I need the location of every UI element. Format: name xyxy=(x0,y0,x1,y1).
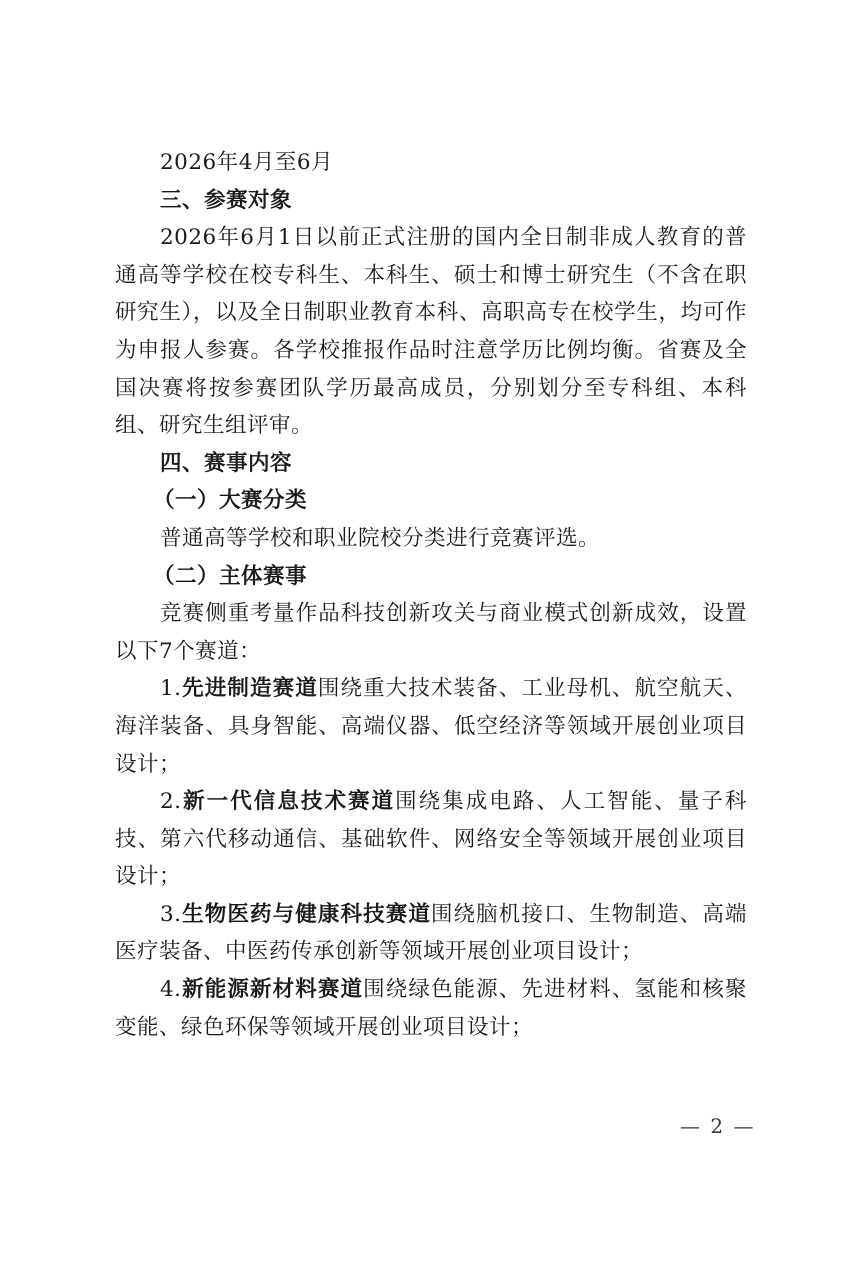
date-line: 2026年4月至6月 xyxy=(115,144,747,182)
track-3-name: 生物医药与健康科技赛道 xyxy=(182,902,431,927)
subsection-1-body: 普通高等学校和职业院校分类进行竞赛评选。 xyxy=(115,520,747,558)
section-3-heading: 三、参赛对象 xyxy=(115,182,747,220)
track-3: 3.生物医药与健康科技赛道围绕脑机接口、生物制造、高端医疗装备、中医药传承创新等… xyxy=(115,896,747,971)
page-number: — 2 — xyxy=(680,1114,755,1138)
track-1-name: 先进制造赛道 xyxy=(182,676,318,701)
section-3-body: 2026年6月1日以前正式注册的国内全日制非成人教育的普通高等学校在校专科生、本… xyxy=(115,219,747,445)
track-4: 4.新能源新材料赛道围绕绿色能源、先进材料、氢能和核聚变能、绿色环保等领域开展创… xyxy=(115,971,747,1046)
track-1-number: 1. xyxy=(160,676,182,701)
track-3-number: 3. xyxy=(160,902,182,927)
track-4-name: 新能源新材料赛道 xyxy=(182,977,364,1002)
track-1: 1.先进制造赛道围绕重大技术装备、工业母机、航空航天、海洋装备、具身智能、高端仪… xyxy=(115,670,747,783)
track-4-number: 4. xyxy=(160,977,182,1002)
track-2-number: 2. xyxy=(160,789,182,814)
subsection-2-body: 竞赛侧重考量作品科技创新攻关与商业模式创新成效，设置以下7个赛道： xyxy=(115,595,747,670)
track-2-name: 新一代信息技术赛道 xyxy=(182,789,396,814)
document-page: 2026年4月至6月 三、参赛对象 2026年6月1日以前正式注册的国内全日制非… xyxy=(115,144,747,1046)
section-4-heading: 四、赛事内容 xyxy=(115,445,747,483)
subsection-2-heading: （二）主体赛事 xyxy=(115,558,747,596)
subsection-1-heading: （一）大赛分类 xyxy=(115,482,747,520)
track-2: 2.新一代信息技术赛道围绕集成电路、人工智能、量子科技、第六代移动通信、基础软件… xyxy=(115,783,747,896)
